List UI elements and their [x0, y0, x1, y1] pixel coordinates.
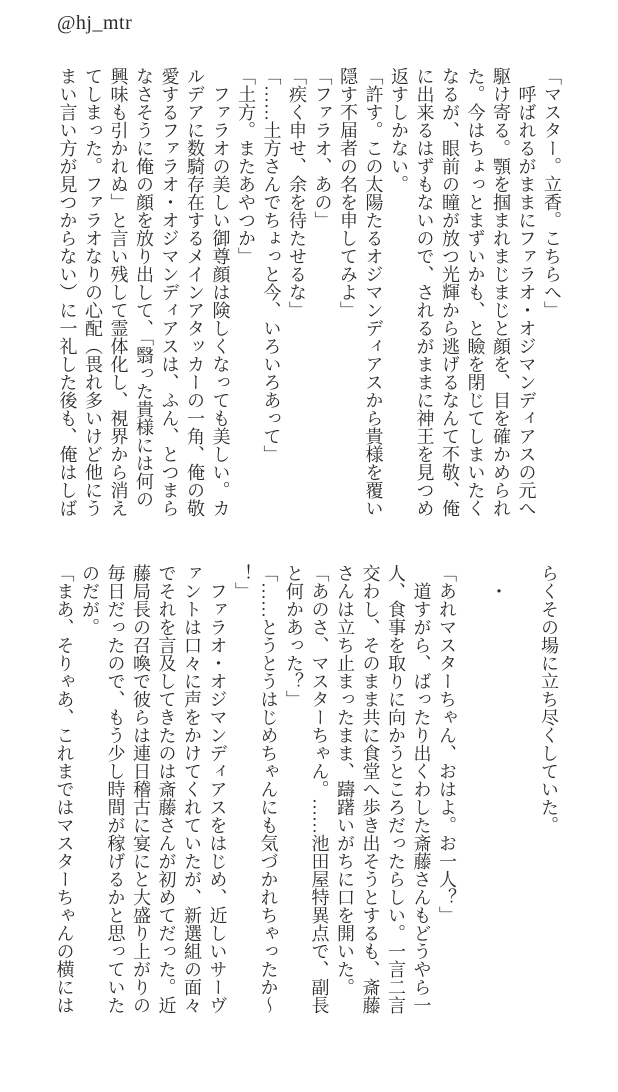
text-column: に出来るはずもないので、されるがままに神王を見つめ [411, 67, 437, 519]
text-column: 愛するファラオ・オジマンディアスは、ふん、とつまら [156, 67, 182, 519]
text-column: ファラオ・オジマンディアスをはじめ、近しいサーヴ [204, 564, 230, 1016]
text-column: 「……土方さんでちょっと今、いろいろあって」 [258, 67, 284, 519]
story-block-bottom: らくその場に立ち尽くしていた。 ・「あれマスターちゃん、おはよ。お一人？」 道す… [51, 564, 561, 1016]
text-column: なさそうに俺の顔を放り出して、「翳った貴様には何の [131, 67, 157, 519]
text-column: ァントは口々に声をかけてくれていたが、新選組の面々 [179, 564, 205, 1016]
text-column: 「許す。この太陽たるオジマンディアスから貴様を覆い [360, 67, 386, 519]
text-column: 人、食事を取りに向かうところだったらしい。一言二言 [383, 564, 409, 1016]
text-column: 交わし、そのまま共に食堂へ歩き出そうとするも、斎藤 [357, 564, 383, 1016]
text-column: ルデアに数騎存在するメインアタッカーの一角、俺の敬 [182, 67, 208, 519]
text-column: た。今はちょっとまずいかも、と瞼を閉じてしまいたく [462, 67, 488, 519]
text-column [459, 564, 485, 1016]
text-column: らくその場に立ち尽くしていた。 [536, 564, 562, 1016]
text-column: てしまった。ファラオなりの心配（畏れ多いけど他にう [80, 67, 106, 519]
text-column: まい言い方が見つからない）に一礼した後も、俺はしば [54, 67, 80, 519]
text-column: 返すしかない。 [386, 67, 412, 519]
story-block-top: 「マスター。立香。こちらへ」 呼ばれるがままにファラオ・オジマンディアスの元へ駆… [54, 67, 564, 519]
text-column: 興味も引かれぬ」と言い残して霊体化し、視界から消え [105, 67, 131, 519]
text-column: 「あれマスターちゃん、おはよ。お一人？」 [434, 564, 460, 1016]
text-column [510, 564, 536, 1016]
text-column: 「まあ、そりゃあ、これまではマスターちゃんの横には [51, 564, 77, 1016]
text-column: ファラオの美しい御尊顔は険しくなっても美しい。カ [207, 67, 233, 519]
text-column: 「マスター。立香。こちらへ」 [539, 67, 565, 519]
text-column: なるが、眼前の瞳が放つ光輝から逃げるなんて不敬、俺 [437, 67, 463, 519]
text-column: 「あのさ、マスターちゃん。……池田屋特異点で、副長 [306, 564, 332, 1016]
page: { "colors": { "background": "#ffffff", "… [0, 0, 618, 1092]
text-column: 藤局長の召喚で彼らは連日稽古に宴にと大盛り上がりの [128, 564, 154, 1016]
text-column: 駆け寄る。顎を掴まれまじまじと顔を、目を確かめられ [488, 67, 514, 519]
text-column: 呼ばれるがままにファラオ・オジマンディアスの元へ [513, 67, 539, 519]
author-handle: @hj_mtr [57, 12, 132, 35]
text-column: 道すがら、ばったり出くわした斎藤さんもどうやら一 [408, 564, 434, 1016]
text-column: 隠す不届者の名を申してみよ」 [335, 67, 361, 519]
text-column: と何かあった？」 [281, 564, 307, 1016]
text-column: 「疾く申せ、余を待たせるな」 [284, 67, 310, 519]
text-column: 「土方。またあやつか」 [233, 67, 259, 519]
text-column: 毎日だったので、もう少し時間が稼げるかと思っていた [102, 564, 128, 1016]
text-column: 「……とうとうはじめちゃんにも気づかれちゃったか～ [255, 564, 281, 1016]
text-column: 「ファラオ、あの」 [309, 67, 335, 519]
text-column: さんは立ち止まったまま、躊躇いがちに口を開いた。 [332, 564, 358, 1016]
text-column: のだが。 [77, 564, 103, 1016]
text-column: ・ [485, 564, 511, 1016]
text-column: でそれを言及してきたのは斎藤さんが初めてだった。近 [153, 564, 179, 1016]
text-column: ！」 [230, 564, 256, 1016]
